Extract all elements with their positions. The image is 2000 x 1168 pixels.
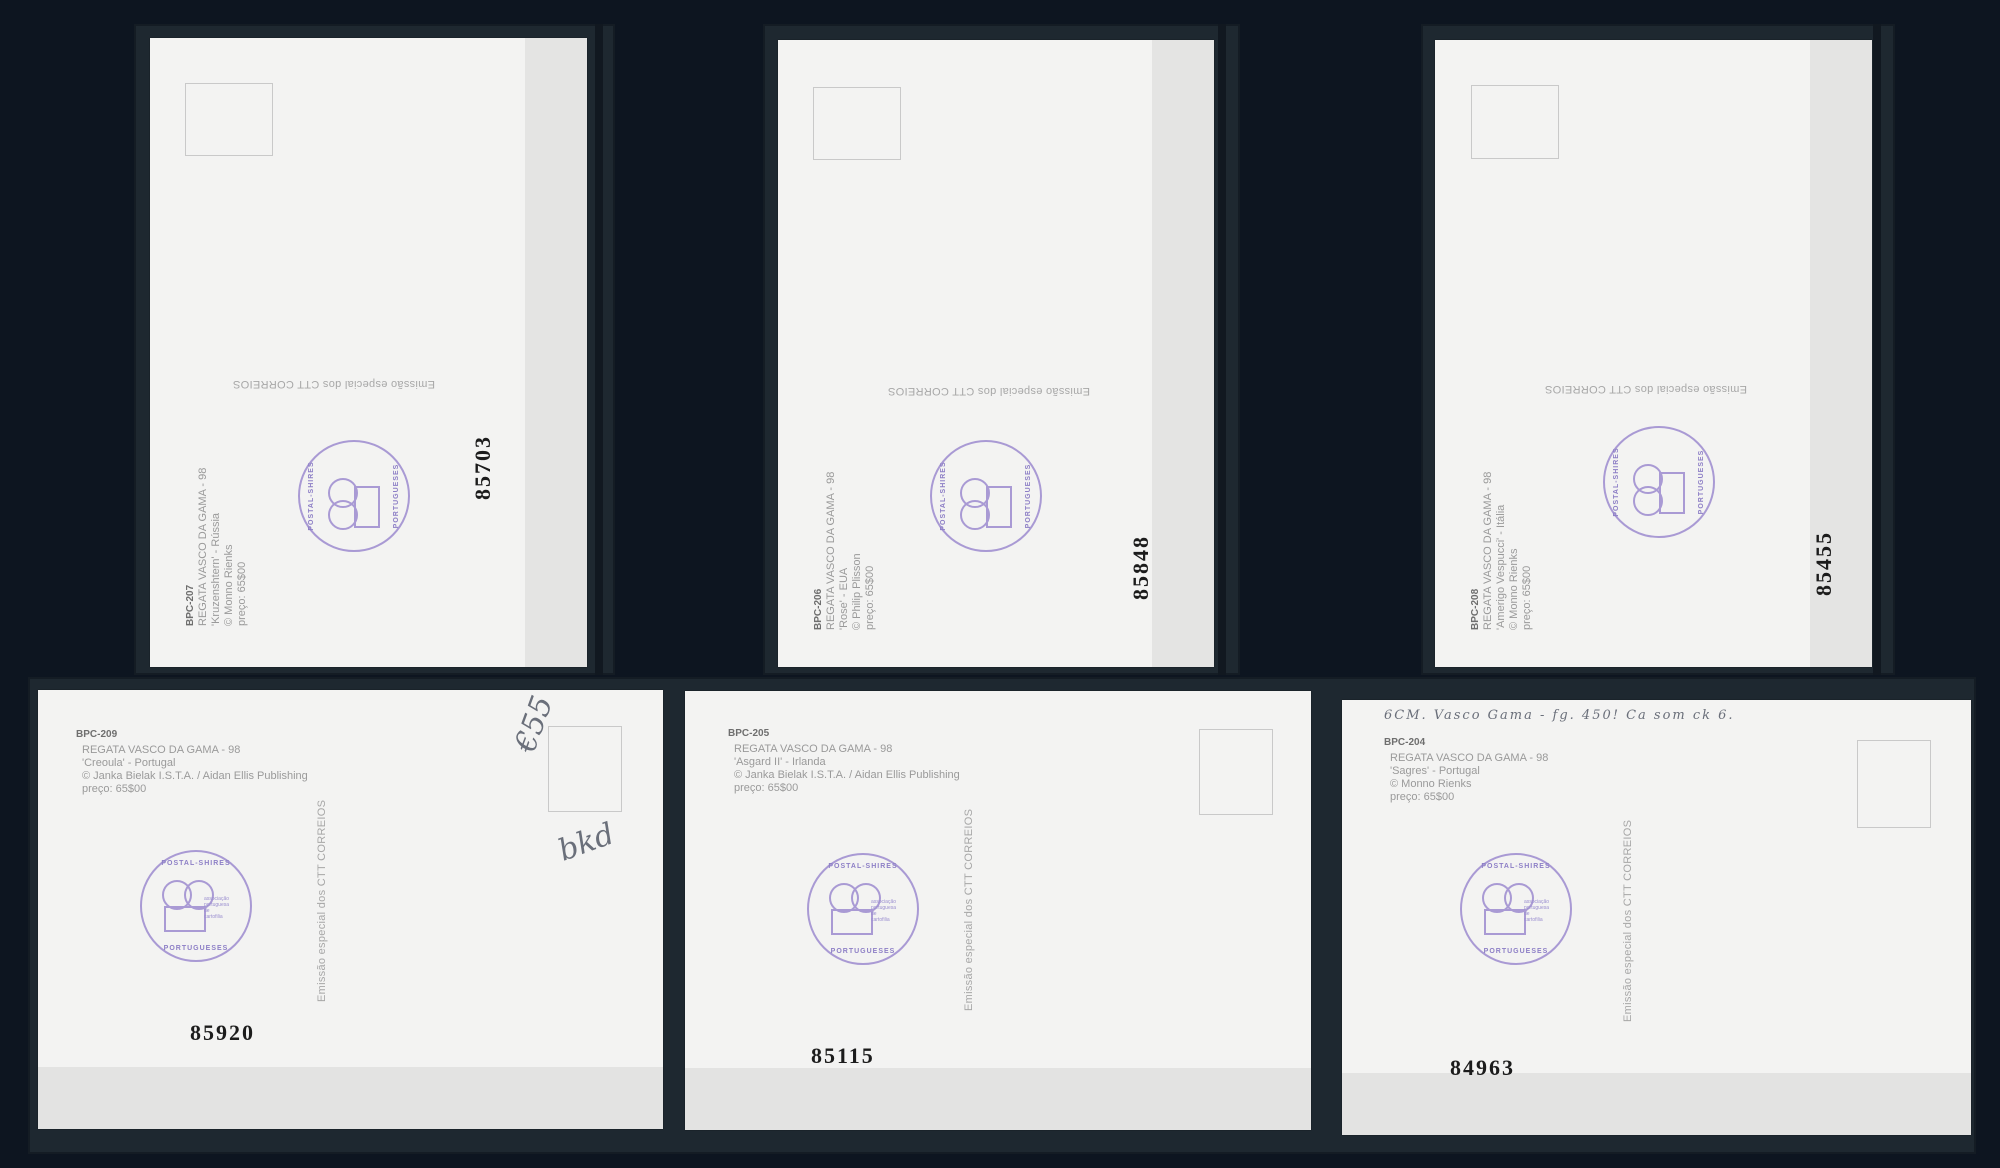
card-ship: 'Sagres' - Portugal: [1390, 765, 1548, 778]
cp-logo-icon: [1633, 466, 1685, 516]
cachet-stamp: POSTAL-SHIRES associaçãoportuguesadecart…: [807, 853, 919, 965]
card-title: REGATA VASCO DA GAMA - 98: [1390, 752, 1548, 765]
card-info: BPC-204 REGATA VASCO DA GAMA - 98 'Sagre…: [1384, 736, 1548, 804]
card-price: preço: 65$00: [82, 783, 308, 796]
card-price: preço: 65$00: [1390, 791, 1548, 804]
card-ship: 'Rose' - EUA: [838, 472, 851, 630]
card-edge-band: [1152, 40, 1214, 667]
stamp-box: [1199, 729, 1273, 815]
card-credit: © Monno Rienks: [1508, 472, 1521, 630]
card-code: BPC-204: [1384, 736, 1548, 749]
emissao-text: Emissão especial dos CTT CORREIOS: [1545, 383, 1747, 395]
postcard-bpc-209[interactable]: BPC-209 REGATA VASCO DA GAMA - 98 'Creou…: [38, 690, 663, 1129]
emissao-text: Emissão especial dos CTT CORREIOS: [1622, 820, 1634, 1022]
postcard-bpc-206[interactable]: Emissão especial dos CTT CORREIOS BPC-20…: [778, 40, 1214, 667]
serial-number: 84963: [1450, 1055, 1515, 1081]
card-ship: 'Amerigo Vespucci' - Itália: [1495, 472, 1508, 630]
emissao-text: Emissão especial dos CTT CORREIOS: [233, 378, 435, 390]
postcard-bpc-205[interactable]: BPC-205 REGATA VASCO DA GAMA - 98 'Asgar…: [685, 691, 1311, 1130]
card-credit: © Monno Rienks: [1390, 778, 1548, 791]
card-info: BPC-208 REGATA VASCO DA GAMA - 98 'Ameri…: [1469, 472, 1534, 630]
postcard-bpc-207[interactable]: Emissão especial dos CTT CORREIOS BPC-20…: [150, 38, 587, 667]
card-title: REGATA VASCO DA GAMA - 98: [825, 472, 838, 630]
card-title: REGATA VASCO DA GAMA - 98: [1482, 472, 1495, 630]
cachet-stamp: POSTAL-SHIRES PORTUGUESES: [1603, 426, 1715, 538]
card-code: BPC-207: [184, 468, 197, 626]
handwritten-note: 6CM. Vasco Gama - fg. 450! Ca som ck 6.: [1384, 708, 1735, 723]
card-edge-band: [685, 1068, 1311, 1130]
cachet-stamp: POSTAL-SHIRES PORTUGUESES: [298, 440, 410, 552]
serial-number: 85848: [1128, 535, 1154, 600]
cachet-stamp: POSTAL-SHIRES PORTUGUESES: [930, 440, 1042, 552]
emissao-text: Emissão especial dos CTT CORREIOS: [963, 809, 975, 1011]
handwritten-note: bkd: [554, 816, 619, 868]
card-info: BPC-207 REGATA VASCO DA GAMA - 98 'Kruze…: [184, 468, 249, 626]
card-ship: 'Creoula' - Portugal: [82, 757, 308, 770]
cachet-stamp: POSTAL-SHIRES associaçãoportuguesadecart…: [140, 850, 252, 962]
card-price: preço: 65$00: [1521, 472, 1534, 630]
card-info: BPC-205 REGATA VASCO DA GAMA - 98 'Asgar…: [728, 727, 960, 795]
emissao-text: Emissão especial dos CTT CORREIOS: [316, 800, 328, 1002]
card-credit: © Monno Rienks: [223, 468, 236, 626]
card-info: BPC-206 REGATA VASCO DA GAMA - 98 'Rose'…: [812, 472, 877, 630]
stamp-box: [813, 87, 901, 160]
card-title: REGATA VASCO DA GAMA - 98: [82, 744, 308, 757]
emissao-text: Emissão especial dos CTT CORREIOS: [888, 385, 1090, 397]
card-credit: © Janka Bielak I.S.T.A. / Aidan Ellis Pu…: [82, 770, 308, 783]
serial-number: 85115: [811, 1043, 875, 1069]
card-title: REGATA VASCO DA GAMA - 98: [734, 743, 960, 756]
card-info: BPC-209 REGATA VASCO DA GAMA - 98 'Creou…: [76, 728, 308, 796]
serial-number: 85920: [190, 1020, 255, 1046]
card-code: BPC-206: [812, 472, 825, 630]
card-edge-band: [38, 1067, 663, 1129]
stamp-box: [185, 83, 273, 156]
postcard-bpc-208[interactable]: Emissão especial dos CTT CORREIOS BPC-20…: [1435, 40, 1872, 667]
stamp-box: [1471, 85, 1559, 159]
postcard-bpc-204[interactable]: 6CM. Vasco Gama - fg. 450! Ca som ck 6. …: [1342, 700, 1971, 1135]
stamp-box: [1857, 740, 1931, 828]
card-code: BPC-205: [728, 727, 960, 740]
cp-logo-icon: [328, 480, 380, 530]
card-edge-band: [525, 38, 587, 667]
card-edge-band: [1342, 1073, 1971, 1135]
cp-logo-icon: [960, 480, 1012, 530]
card-code: BPC-208: [1469, 472, 1482, 630]
serial-number: 85703: [470, 435, 496, 500]
card-price: preço: 65$00: [864, 472, 877, 630]
card-credit: © Janka Bielak I.S.T.A. / Aidan Ellis Pu…: [734, 769, 960, 782]
card-ship: 'Kruzenshtern' - Rússia: [210, 468, 223, 626]
card-price: preço: 65$00: [734, 782, 960, 795]
stamp-box: [548, 726, 622, 812]
serial-number: 85455: [1811, 531, 1837, 596]
card-credit: © Philip Plisson: [851, 472, 864, 630]
cachet-stamp: POSTAL-SHIRES associaçãoportuguesadecart…: [1460, 853, 1572, 965]
card-price: preço: 65$00: [236, 468, 249, 626]
card-title: REGATA VASCO DA GAMA - 98: [197, 468, 210, 626]
card-ship: 'Asgard II' - Irlanda: [734, 756, 960, 769]
card-code: BPC-209: [76, 728, 308, 741]
